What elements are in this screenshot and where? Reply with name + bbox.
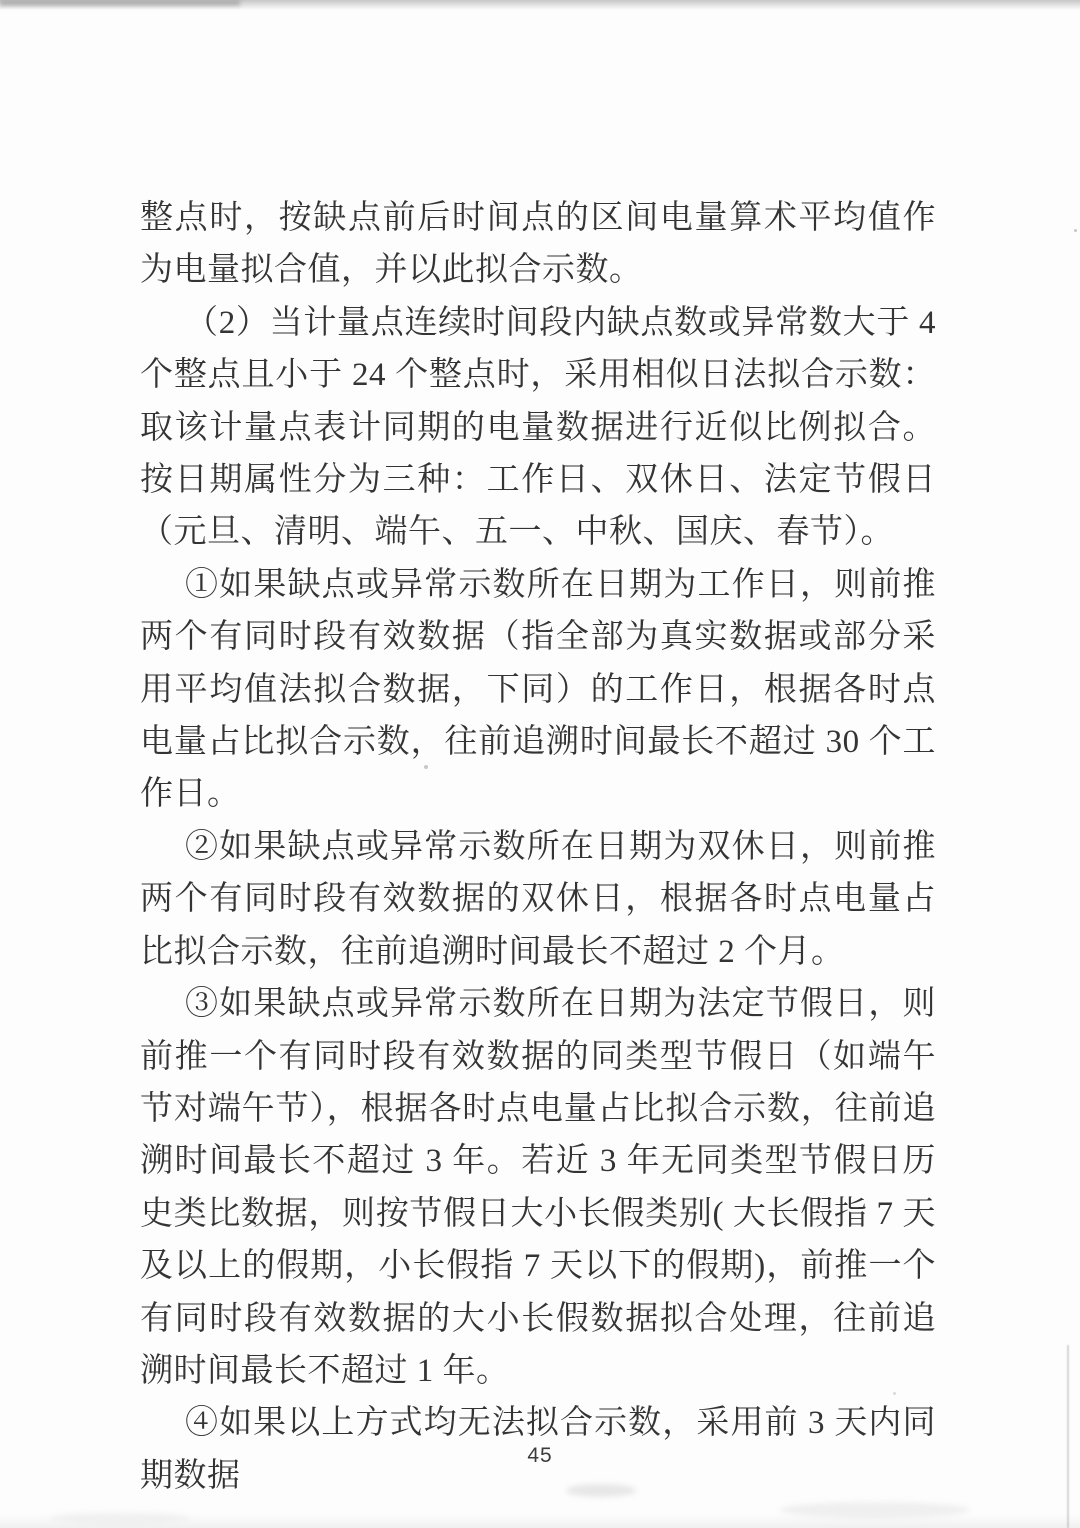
scan-artifact-right-edge-line	[1067, 1345, 1069, 1528]
document-body: 整点时，按缺点前后时间点的区间电量算术平均值作为电量拟合值，并以此拟合示数。 （…	[140, 192, 936, 1502]
page-number: 45	[0, 1444, 1080, 1468]
scan-smudge	[50, 1512, 190, 1523]
scan-smudge	[780, 1502, 970, 1518]
paragraph-continuation: 整点时，按缺点前后时间点的区间电量算术平均值作为电量拟合值，并以此拟合示数。	[140, 192, 936, 297]
scan-artifact-top-corner	[0, 0, 240, 6]
paragraph-item-2: （2）当计量点连续时间段内缺点数或异常数大于 4 个整点且小于 24 个整点时，…	[140, 297, 936, 559]
scan-artifact-top-band	[0, 0, 1080, 10]
scan-speck	[1074, 229, 1077, 232]
scan-artifact-bottom-band	[0, 1514, 1080, 1528]
paragraph-rule-3: ③如果缺点或异常示数所在日期为法定节假日，则前推一个有同时段有效数据的同类型节假…	[140, 978, 936, 1397]
scanned-document-page: 整点时，按缺点前后时间点的区间电量算术平均值作为电量拟合值，并以此拟合示数。 （…	[0, 0, 1080, 1528]
paragraph-rule-1: ①如果缺点或异常示数所在日期为工作日，则前推两个有同时段有效数据（指全部为真实数…	[140, 559, 936, 821]
paragraph-rule-2: ②如果缺点或异常示数所在日期为双休日，则前推两个有同时段有效数据的双休日，根据各…	[140, 821, 936, 978]
